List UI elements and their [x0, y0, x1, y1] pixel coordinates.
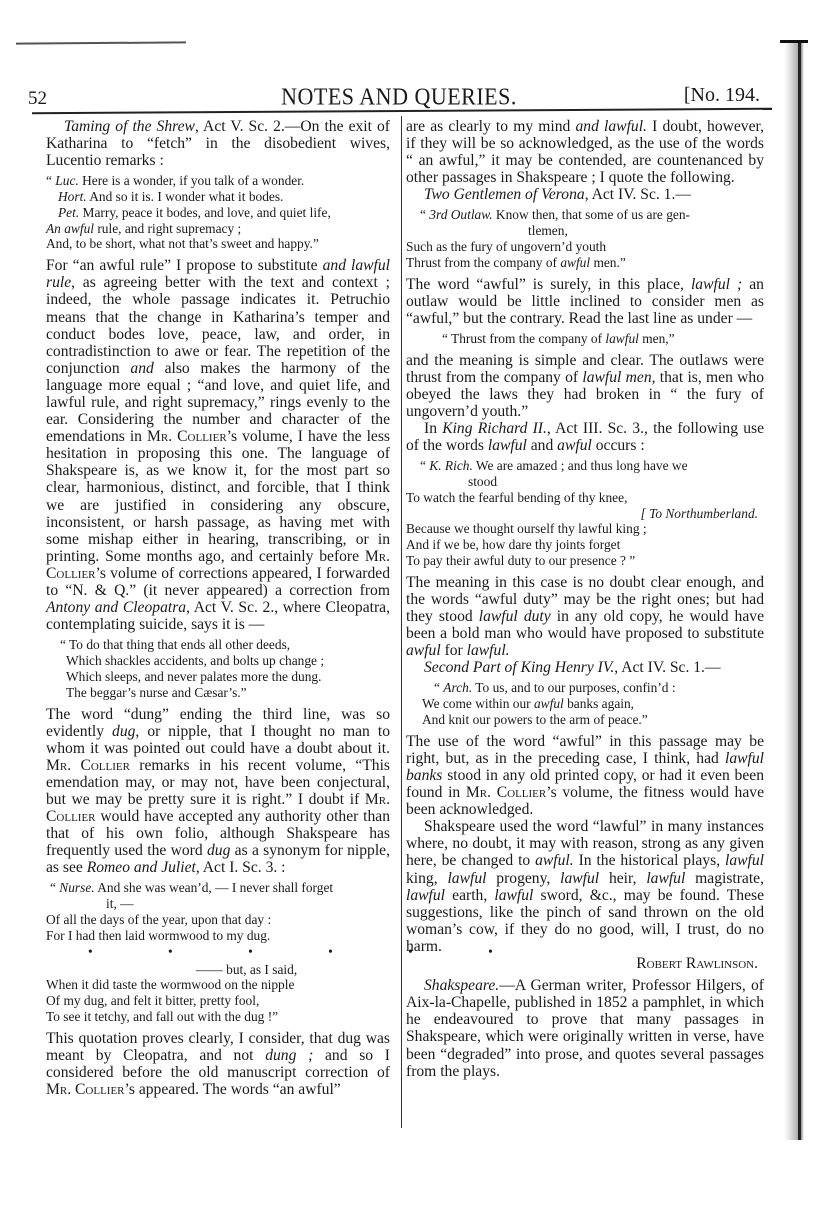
verse-line: Hort. And so it is. I wonder what it bod…	[46, 189, 390, 205]
ellipsis-marks: • • • • • •	[46, 944, 390, 962]
verse-line: An awful rule, and right supremacy ;	[46, 221, 390, 237]
page-header: 52 NOTES AND QUERIES. [No. 194.	[28, 56, 770, 96]
verse-quote-verona: “ 3rd Outlaw. Know then, that some of us…	[406, 207, 764, 270]
paragraph-quotation-proves: This quotation proves clearly, I conside…	[46, 1030, 390, 1098]
author-name: Mr. Collier	[46, 1081, 125, 1098]
paragraph-shakspeare-lawful: Shakspeare used the word “lawful” in man…	[406, 818, 764, 955]
journal-title: NOTES AND QUERIES.	[28, 83, 770, 111]
verse-quote-romeo: “ Nurse. And she was wean’d, — I never s…	[46, 880, 390, 1024]
top-scan-rule	[16, 41, 186, 44]
verse-line: —— but, as I said,	[46, 962, 390, 978]
paragraph-dung: The word “dung” ending the third line, w…	[46, 706, 390, 877]
play-title: Taming of the Shrew	[64, 118, 195, 135]
verse-line: tlemen,	[406, 223, 764, 239]
verse-line: Which shackles accidents, and bolts up c…	[60, 653, 390, 669]
heading-two-gentlemen: Two Gentlemen of Verona, Act IV. Sc. 1.—	[406, 186, 764, 203]
verse-line: We come within our awful banks again,	[422, 696, 764, 712]
verse-line: When it did taste the wormwood on the ni…	[46, 977, 390, 993]
paragraph-shakspeare-german: Shakspeare.—A German writer, Professor H…	[406, 977, 764, 1080]
verse-line: Thrust from the company of awful men.”	[406, 255, 764, 271]
play-title: Second Part of King Henry IV.	[424, 659, 614, 676]
verse-line: Pet. Marry, peace it bodes, and love, an…	[46, 205, 390, 221]
page-spine-cap	[780, 40, 808, 43]
verse-line: “ To do that thing that ends all other d…	[60, 637, 390, 653]
play-title: Two Gentlemen of Verona	[424, 186, 585, 203]
page-spine-edge	[798, 40, 801, 1140]
stage-direction: [ To Northumberland.	[406, 506, 764, 522]
paragraph-simple-and-clear: and the meaning is simple and clear. The…	[406, 352, 764, 420]
paragraph-awful-banks: The use of the word “awful” in this pass…	[406, 733, 764, 818]
paragraph-awful-rule: For “an awful rule” I propose to substit…	[46, 257, 390, 633]
verse-line: “ 3rd Outlaw. Know then, that some of us…	[406, 207, 764, 223]
section-title: Shakspeare.	[424, 977, 499, 994]
left-column: Taming of the Shrew, Act V. Sc. 2.—On th…	[46, 118, 390, 1098]
verse-line: And knit our powers to the arm of peace.…	[422, 712, 764, 728]
verse-line: “ Thrust from the company of lawful men,…	[442, 331, 764, 347]
verse-quote-shrew: “ Luc. Here is a wonder, if you talk of …	[46, 173, 390, 252]
verse-quote-lawful-men: “ Thrust from the company of lawful men,…	[406, 331, 764, 347]
author-name: Mr. Collier	[46, 757, 130, 774]
heading-henry-iv: Second Part of King Henry IV., Act IV. S…	[406, 659, 764, 676]
verse-line: And, to be short, what not that’s sweet …	[46, 236, 390, 252]
issue-number: [No. 194.	[684, 84, 760, 107]
verse-line: For I had then laid wormwood to my dug.	[46, 928, 390, 944]
paragraph-clearly-lawful: are as clearly to my mind and lawful. I …	[406, 118, 764, 186]
verse-line: To watch the fearful bending of thy knee…	[406, 490, 764, 506]
verse-line: Of my dug, and felt it bitter, pretty fo…	[46, 993, 390, 1009]
author-name: Mr. Collier	[147, 428, 227, 445]
verse-line: Because we thought ourself thy lawful ki…	[406, 521, 764, 537]
verse-line: And if we be, how dare thy joints forget	[406, 537, 764, 553]
verse-line: “ Nurse. And she was wean’d, — I never s…	[46, 880, 390, 896]
verse-line: Such as the fury of ungovern’d youth	[406, 239, 764, 255]
paragraph-richard-ii: In King Richard II., Act III. Sc. 3., th…	[406, 420, 764, 454]
verse-quote-cleopatra: “ To do that thing that ends all other d…	[46, 637, 390, 700]
verse-line: Of all the days of the year, upon that d…	[46, 912, 390, 928]
page-spine-shadow	[784, 40, 804, 1140]
column-divider	[401, 116, 402, 1128]
author-signature: Robert Rawlinson.	[406, 955, 764, 972]
verse-line: it, —	[46, 896, 390, 912]
paragraph-taming-of-the-shrew: Taming of the Shrew, Act V. Sc. 2.—On th…	[46, 118, 390, 169]
verse-line: “ K. Rich. We are amazed ; and thus long…	[406, 458, 764, 474]
author-name: Mr. Collier	[466, 784, 546, 801]
right-column: are as clearly to my mind and lawful. I …	[406, 118, 764, 1080]
verse-quote-henry: “ Arch. To us, and to our purposes, conf…	[406, 680, 764, 727]
verse-line: “ Luc. Here is a wonder, if you talk of …	[46, 173, 390, 189]
verse-line: Which sleeps, and never palates more the…	[60, 669, 390, 685]
paragraph-awful-duty: The meaning in this case is no doubt cle…	[406, 574, 764, 659]
verse-quote-richard: “ K. Rich. We are amazed ; and thus long…	[406, 458, 764, 569]
paragraph-surely-lawful: The word “awful” is surely, in this plac…	[406, 276, 764, 327]
verse-line: “ Arch. To us, and to our purposes, conf…	[422, 680, 764, 696]
verse-line: To see it tetchy, and fall out with the …	[46, 1009, 390, 1025]
verse-line: To pay their awful duty to our presence …	[406, 553, 764, 569]
verse-line: stood	[406, 474, 764, 490]
verse-line: The beggar’s nurse and Cæsar’s.”	[60, 685, 390, 701]
